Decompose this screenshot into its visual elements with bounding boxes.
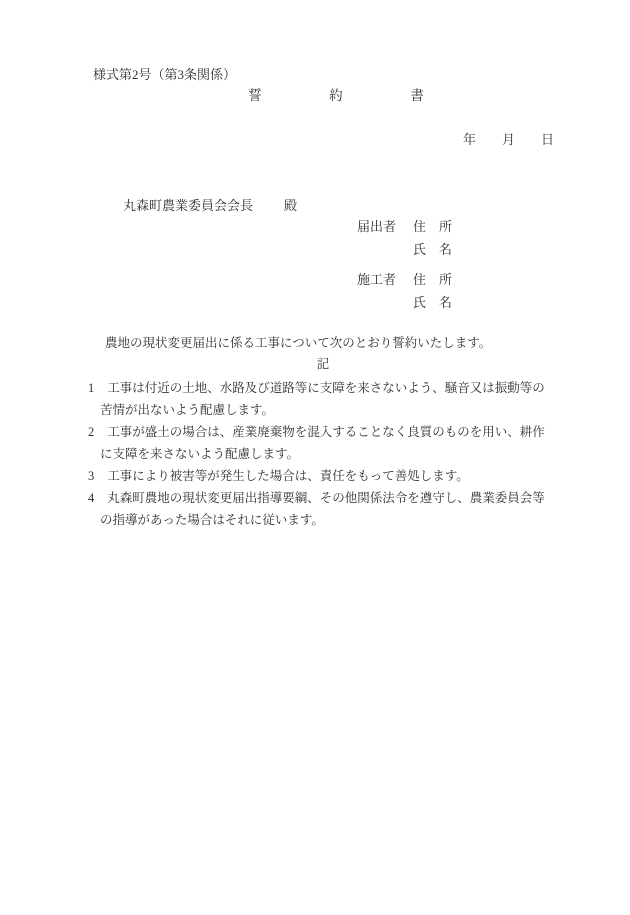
item-text: 工事が盛土の場合は、産業廃棄物を混入することなく良質のものを用い、耕作に支障を来…: [100, 425, 545, 461]
party-role: 施工者: [357, 268, 413, 314]
party-fields: 住 所 氏 名: [413, 268, 452, 314]
party-field-name: 氏 名: [413, 291, 452, 314]
party-role: 届出者: [357, 215, 413, 261]
party-declarant: 届出者 住 所 氏 名: [357, 215, 452, 261]
item-text: 工事により被害等が発生した場合は、責任をもって善処します。: [107, 469, 469, 483]
pledge-item-4: 4丸森町農地の現状変更届出指導要綱、その他関係法令を遵守し、農業委員会等の指導が…: [88, 487, 548, 531]
item-number: 1: [88, 381, 94, 395]
parties-block: 届出者 住 所 氏 名 施工者 住 所 氏 名: [357, 215, 452, 321]
form-number: 様式第2号（第3条関係）: [93, 67, 236, 82]
pledge-list: 1工事は付近の土地、水路及び道路等に支障を来さないよう、騒音又は振動等の苦情が出…: [88, 377, 548, 531]
item-number: 2: [88, 425, 94, 439]
party-fields: 住 所 氏 名: [413, 215, 452, 261]
recipient-honorific: 殿: [284, 198, 297, 213]
pledge-item-3: 3工事により被害等が発生した場合は、責任をもって善処します。: [88, 465, 548, 487]
party-field-name: 氏 名: [413, 238, 452, 261]
ki-heading: 記: [0, 355, 630, 373]
item-text: 丸森町農地の現状変更届出指導要綱、その他関係法令を遵守し、農業委員会等の指導があ…: [100, 491, 545, 527]
recipient-title: 丸森町農業委員会会長: [123, 198, 253, 213]
date-line: 年 月 日: [0, 132, 630, 147]
intro-paragraph: 農地の現状変更届出に係る工事について次のとおり誓約いたします。: [93, 333, 573, 353]
document-title: 誓 約 書: [0, 88, 630, 104]
item-text: 工事は付近の土地、水路及び道路等に支障を来さないよう、騒音又は振動等の苦情が出な…: [100, 381, 545, 417]
document-page: 様式第2号（第3条関係） 誓 約 書 年 月 日 丸森町農業委員会会長殿 届出者…: [0, 0, 630, 915]
item-number: 3: [88, 469, 94, 483]
party-field-address: 住 所: [413, 215, 452, 238]
item-number: 4: [88, 491, 94, 505]
recipient-line: 丸森町農業委員会会長殿: [110, 183, 297, 228]
party-contractor: 施工者 住 所 氏 名: [357, 268, 452, 314]
party-field-address: 住 所: [413, 268, 452, 291]
pledge-item-2: 2工事が盛土の場合は、産業廃棄物を混入することなく良質のものを用い、耕作に支障を…: [88, 421, 548, 465]
pledge-item-1: 1工事は付近の土地、水路及び道路等に支障を来さないよう、騒音又は振動等の苦情が出…: [88, 377, 548, 421]
